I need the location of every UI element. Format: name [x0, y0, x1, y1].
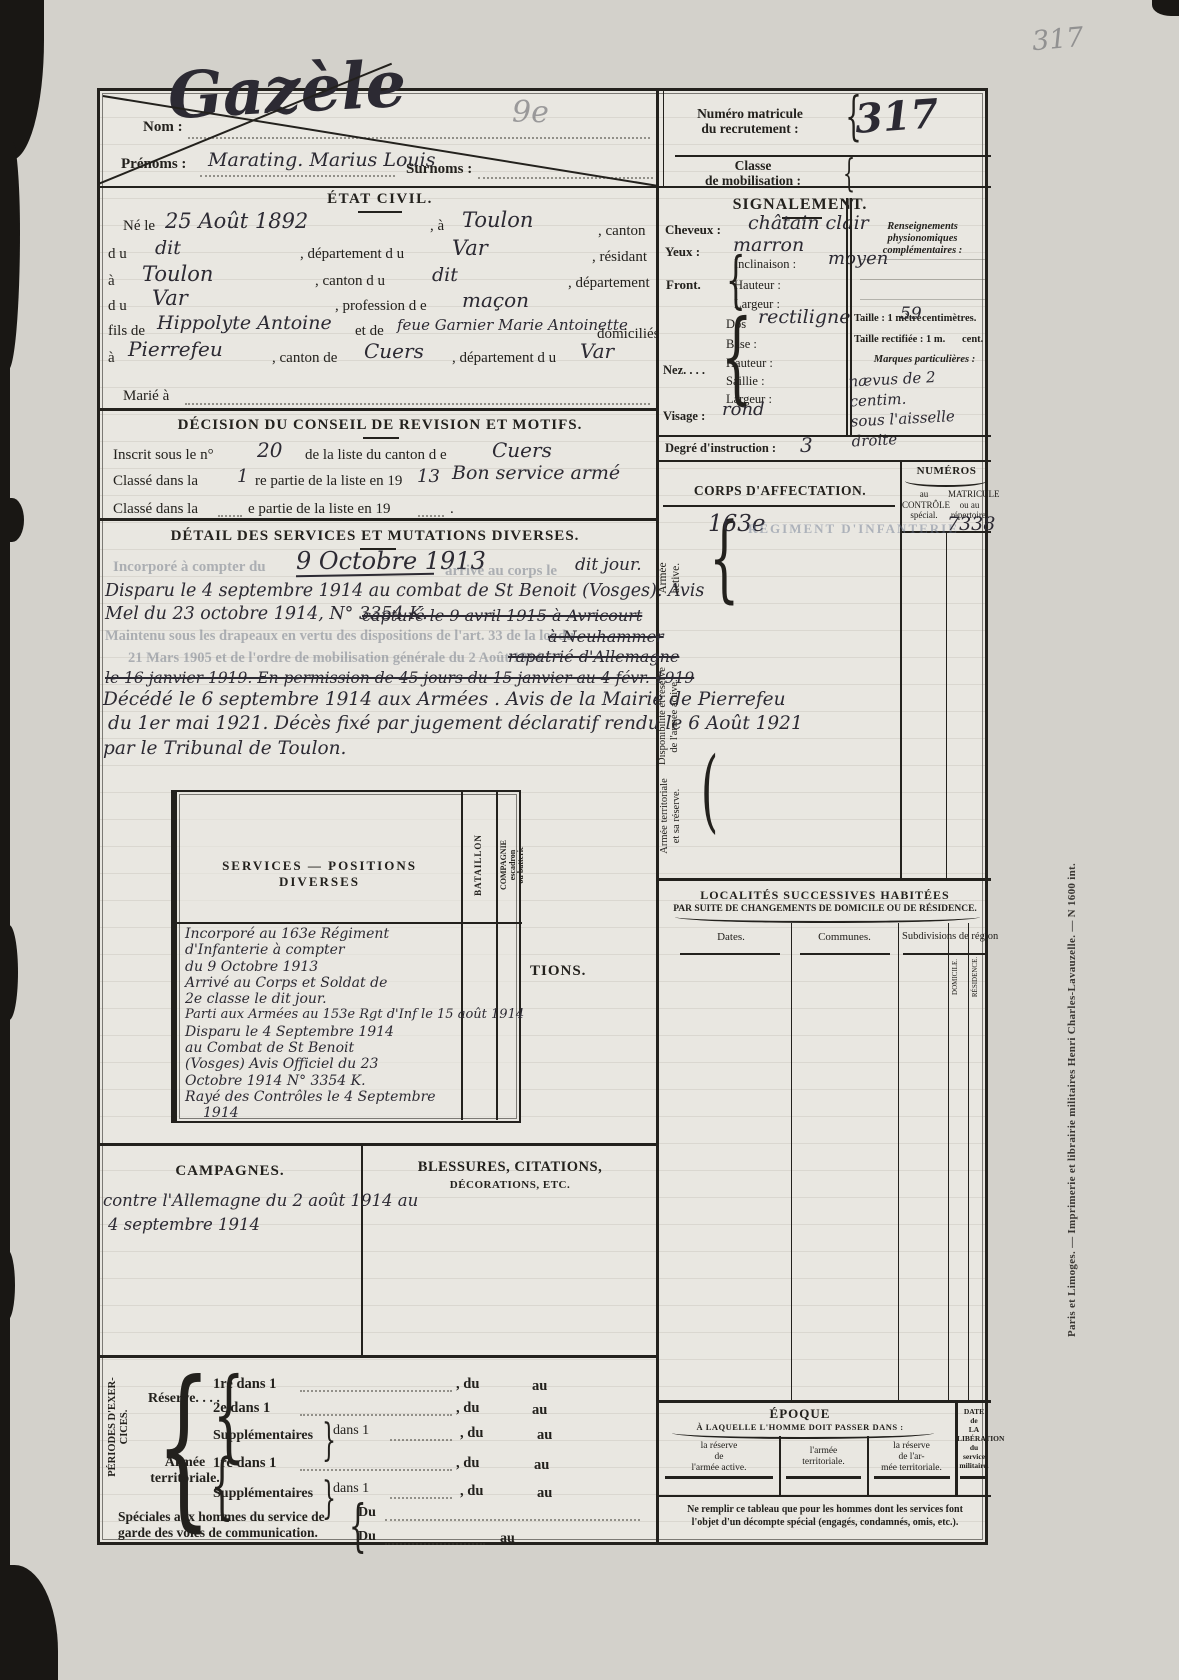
marie-a-label: Marié à	[123, 388, 169, 405]
nez-dos-label: Dos	[726, 317, 746, 332]
matricule-form: Nom : Gazèle 9e Prénoms : Marating. Mari…	[97, 88, 988, 1545]
profession-value: maçon	[462, 288, 529, 312]
services-box-title: SERVICES — POSITIONS DIVERSES	[182, 858, 457, 890]
printer-imprint: Paris et Limoges. — Imprimerie et librai…	[1066, 810, 1086, 1390]
territoriale-side-label: Armée territoriale et sa réserve.	[659, 751, 685, 881]
divider	[675, 155, 991, 157]
title-underline	[358, 211, 402, 213]
header-underline	[665, 1476, 773, 1479]
canton3-value: Cuers	[364, 339, 424, 363]
mobilisation-printed-label: 21 Mars 1905 et de l'ordre de mobilisati…	[128, 650, 549, 667]
inclinaison-label: Inclinaison :	[734, 257, 796, 272]
departement3-value: Var	[580, 339, 614, 363]
a-label: , à	[430, 218, 444, 235]
residant-label: , résidant	[592, 249, 647, 266]
ne-le-label: Né le	[123, 218, 155, 235]
service-entry: Parti aux Armées au 153e Rgt d'Inf le 15…	[185, 1007, 525, 1023]
classe1-mention-value: Bon service armé	[452, 462, 620, 484]
marques-label: Marques particulières :	[862, 354, 987, 365]
blank-line	[188, 137, 650, 139]
reserve-active-column-label: la réserve de l'armée active.	[660, 1441, 778, 1474]
du-cap-label: Du	[358, 1529, 376, 1545]
canton-de-label: , canton de	[272, 350, 337, 367]
localites-title: LOCALITÉS SUCCESSIVES HABITÉES	[665, 888, 985, 903]
blank-line	[300, 1390, 452, 1392]
parents-domicile-value: Pierrefeu	[128, 337, 223, 361]
blank-line	[418, 515, 444, 517]
numeros-brace-curve	[905, 475, 987, 487]
section-divider	[100, 1143, 658, 1146]
header-underline	[177, 922, 522, 924]
birth-date-value: 25 Août 1892	[165, 209, 308, 233]
service-entry: Octobre 1914 N° 3354 K.	[185, 1073, 525, 1089]
period-mark: .	[450, 501, 454, 518]
blank-line	[300, 1469, 452, 1471]
nez-base-label: Base :	[726, 337, 757, 352]
section-divider	[658, 1400, 991, 1403]
bataillon-column-label: BATAILLON	[473, 810, 485, 920]
epoque-brace-curve	[672, 1427, 934, 1439]
residence-column-label: RÉSIDENCE.	[971, 948, 983, 1006]
front-hauteur-label: Hauteur :	[734, 278, 781, 293]
territoriale-column-label: l'armée territoriale.	[781, 1446, 866, 1468]
matricule-corps-value: 7338	[947, 513, 995, 535]
birth-place-value: Toulon	[462, 208, 533, 232]
nez-hauteur-label: Hauteur :	[726, 356, 773, 371]
classe1-annee-value: 13	[417, 466, 440, 487]
blank-line	[200, 175, 395, 177]
reserve-territoriale-column-label: la réserve de l'ar- mée territoriale.	[869, 1441, 954, 1474]
service-entry: Arrivé au Corps et Soldat de	[185, 975, 525, 991]
column-divider	[968, 923, 969, 1400]
section-divider	[100, 518, 658, 521]
deces-line2: du 1er mai 1921. Décès fixé par jugement…	[108, 713, 803, 734]
du-label: , du	[456, 1400, 479, 1417]
divider	[663, 91, 664, 186]
mother-value: feue Garnier Marie Antoinette	[397, 316, 628, 334]
armee-active-side-label: Armée active.	[657, 523, 687, 633]
front-label: Front.	[666, 277, 701, 293]
visage-label: Visage :	[663, 409, 705, 424]
service-entry: Disparu le 4 Septembre 1914	[185, 1024, 525, 1040]
cheveux-label: Cheveux :	[665, 222, 721, 238]
nez-dos-value: rectiligne	[758, 306, 850, 328]
reserve-label: Réserve. . . .	[148, 1391, 220, 1407]
liste-canton-label: de la liste du canton d e	[305, 447, 447, 464]
struck-entry: rapatrié d'Allemagne	[508, 647, 679, 666]
header-underline	[903, 953, 988, 955]
scanned-register-page: 317 Paris et Limoges. — Imprimerie et li…	[0, 0, 1179, 1680]
classe2-suite-label: e partie de la liste en 19	[248, 501, 390, 518]
inscrit-label: Inscrit sous le n°	[113, 447, 214, 464]
du-cap-label: Du	[358, 1505, 376, 1521]
classe-mobilisation-label: Classe de mobilisation :	[683, 158, 823, 188]
service-entry: 2e classe le dit jour.	[185, 991, 525, 1007]
blank-line	[860, 299, 985, 300]
et-de-label: et de	[355, 323, 384, 340]
canton-value: dit	[432, 264, 458, 286]
etat-civil-title: ÉTAT CIVIL.	[240, 191, 520, 208]
header-underline	[960, 1476, 988, 1479]
blank-line	[185, 403, 650, 405]
row-1re-label: 1re dans 1	[213, 1455, 276, 1472]
binding-blob	[0, 498, 24, 542]
corner-mark	[1152, 0, 1179, 16]
visage-value: rond	[722, 399, 765, 420]
divider	[658, 460, 991, 462]
campagne-value-line1: contre l'Allemagne du 2 août 1914 au	[103, 1191, 418, 1210]
struck-entry: à Neuhammer	[548, 627, 664, 646]
blank-line	[390, 1497, 452, 1499]
printed-fragment: TIONS.	[530, 963, 586, 980]
departement-label: , département	[568, 275, 650, 292]
communes-column-label: Communes.	[791, 931, 898, 943]
divider	[658, 1495, 991, 1497]
column-divider	[948, 923, 949, 1400]
struck-entry: capturé le 9 avril 1915 à Avricourt	[362, 606, 642, 625]
blank-line	[390, 1439, 452, 1441]
controle-special-label: au CONTRÔLE spécial.	[902, 489, 946, 521]
speciales-label: Spéciales aux hommes du service de garde…	[118, 1509, 325, 1540]
a-label: à	[108, 273, 115, 290]
service-entry: Incorporé au 163e Régiment	[185, 926, 525, 942]
blessures-title-line1: BLESSURES, CITATIONS,	[390, 1159, 630, 1176]
du-label: d u	[108, 298, 127, 315]
a-label: à	[108, 350, 115, 367]
service-entry: 1914	[185, 1105, 525, 1121]
matricule-number-label: Numéro matricule du recrutement :	[675, 106, 825, 136]
du-label: d u	[108, 246, 127, 263]
blank-line	[860, 259, 985, 260]
brace: {	[156, 1359, 212, 1534]
au-label: au	[532, 1402, 547, 1419]
yeux-label: Yeux :	[665, 244, 700, 260]
degre-instruction-label: Degré d'instruction :	[665, 441, 776, 456]
details-title: DÉTAIL DES SERVICES ET MUTATIONS DIVERSE…	[130, 528, 620, 545]
column-divider	[361, 1143, 363, 1355]
nez-label: Nez. . . .	[663, 363, 705, 378]
classe2-label: Classé dans la	[113, 501, 198, 518]
departement-value: Var	[452, 236, 488, 260]
pencil-folio-number: 317	[1031, 22, 1085, 57]
classe1-number-value: 1	[237, 466, 248, 487]
divider	[658, 435, 991, 437]
blank-line	[218, 515, 242, 517]
marques-value: nævus de 2 centim. sous l'aisselle droit…	[848, 365, 987, 452]
departement2-value: Var	[152, 286, 188, 310]
renseignements-label: Renseignements physionomiques complément…	[855, 221, 990, 257]
taille-value: 59	[900, 304, 922, 324]
blank-line	[385, 1519, 640, 1521]
blank-line	[478, 177, 653, 179]
sub-divider	[846, 198, 848, 435]
corps-affectation-header: CORPS D'AFFECTATION.	[680, 483, 880, 499]
binding-blob	[0, 1250, 15, 1320]
binding-blob	[0, 140, 20, 370]
du-label: , du	[460, 1425, 483, 1442]
section-divider	[658, 878, 991, 881]
degre-instruction-value: 3	[800, 433, 813, 457]
maintenu-printed-label: Maintenu sous les drapeaux en vertu des …	[105, 628, 574, 645]
row-2e-label: 2e dans 1	[213, 1400, 270, 1417]
service-entry: (Vosges) Avis Officiel du 23	[185, 1056, 525, 1072]
du-label: , du	[460, 1483, 483, 1500]
compagnie-column-label: COMPAGNIE escadron ou batterie	[500, 810, 526, 920]
services-entries: Incorporé au 163e Régiment d'Infanterie …	[185, 926, 525, 1122]
brace: (	[701, 746, 719, 836]
au-label: au	[537, 1427, 552, 1444]
du-label: , du	[456, 1455, 479, 1472]
header-underline	[800, 953, 890, 955]
subdivisions-column-label: Subdivisions de région	[902, 931, 998, 942]
liste-canton-value: Cuers	[492, 438, 552, 462]
surnoms-label: Surnoms :	[406, 161, 472, 178]
father-value: Hippolyte Antoine	[157, 312, 332, 334]
nom-value: Gazèle	[166, 47, 408, 134]
canton-du-label: , canton d u	[315, 273, 385, 290]
supplementaires-label: Supplémentaires	[213, 1486, 313, 1502]
deces-line1: Décédé le 6 septembre 1914 aux Armées . …	[103, 689, 786, 710]
services-positions-box: SERVICES — POSITIONS DIVERSES BATAILLON …	[171, 790, 521, 1123]
service-entry: au Combat de St Benoit	[185, 1040, 525, 1056]
departement-label: , département d u	[300, 246, 404, 263]
title-underline	[363, 437, 399, 439]
binding-blob	[0, 0, 44, 160]
du-label: , du	[456, 1376, 479, 1393]
domicile-column-label: DOMICILE.	[951, 948, 963, 1006]
header-underline	[786, 1476, 861, 1479]
binding-blob	[0, 1565, 58, 1680]
canton-label: , canton	[598, 223, 645, 240]
departement-du-label: , département d u	[452, 350, 556, 367]
binding-blob	[0, 925, 18, 1020]
profession-label: , profession d e	[335, 298, 427, 315]
dit-jour-value: dit jour.	[575, 555, 642, 575]
arrive-printed-label: arrivé au corps le	[445, 563, 557, 580]
prenoms-value: Marating. Marius Louis	[208, 149, 435, 171]
header-underline	[680, 953, 780, 955]
header-underline	[874, 1476, 950, 1479]
matricule-number-value: 317	[853, 90, 940, 143]
date-liberation-column-label: DATE de LA LIBÉRATION du service militai…	[957, 1407, 991, 1470]
dates-column-label: Dates.	[671, 931, 791, 943]
canton-dit-value: dit	[155, 237, 181, 259]
services-note-line1: Disparu le 4 septembre 1914 au combat de…	[105, 581, 704, 601]
deces-line3: par le Tribunal de Toulon.	[103, 738, 346, 759]
residence-value: Toulon	[142, 262, 213, 286]
column-divider	[791, 923, 792, 1400]
au-label: au	[500, 1531, 515, 1547]
inscrit-number-value: 20	[257, 438, 282, 462]
taille-unit-label: centimètres.	[922, 313, 976, 324]
au-label: au	[534, 1457, 549, 1474]
au-label: au	[532, 1378, 547, 1395]
service-entry: Rayé des Contrôles le 4 Septembre	[185, 1089, 525, 1105]
classe1-label: Classé dans la	[113, 473, 198, 490]
localites-brace-curve	[675, 911, 980, 923]
taille-rectifiee-unit: cent.	[962, 334, 983, 345]
taille-rectifiee-label: Taille rectifiée : 1 m.	[854, 334, 945, 345]
nez-saillie-label: Saillie :	[726, 374, 765, 389]
header-underline	[663, 505, 895, 507]
blessures-title-line2: DÉCORATIONS, ETC.	[390, 1179, 630, 1191]
decompte-note: Ne remplir ce tableau que pour les homme…	[660, 1503, 990, 1529]
regiment-stamp: RÉGIMENT D'INFANTERIE	[748, 521, 959, 537]
service-entry: d'Infanterie à compter	[185, 942, 525, 958]
blank-line	[860, 279, 985, 280]
service-entry: du 9 Octobre 1913	[185, 959, 525, 975]
classe1-suite-label: re partie de la liste en 19	[255, 473, 402, 490]
dans-1-label: dans 1	[333, 1423, 369, 1439]
row-1re-label: 1re dans 1	[213, 1376, 276, 1393]
struck-entry: le 16 janvier 1919. En permission de 45 …	[105, 669, 694, 687]
campagne-value-line2: 4 septembre 1914	[108, 1215, 260, 1234]
column-divider	[898, 923, 899, 1400]
section-divider	[100, 408, 658, 411]
epoque-title: ÉPOQUE	[670, 1406, 930, 1422]
divider	[100, 186, 991, 188]
column-divider	[946, 531, 947, 878]
incorpore-printed-label: Incorporé à compter du	[113, 559, 266, 576]
blank-line	[385, 1543, 485, 1545]
au-label: au	[537, 1485, 552, 1502]
pencil-class-mark: 9e	[512, 95, 549, 130]
decision-title: DÉCISION DU CONSEIL DE REVISION ET MOTIF…	[140, 417, 620, 434]
campagnes-title: CAMPAGNES.	[130, 1163, 330, 1180]
supplementaires-label: Supplémentaires	[213, 1428, 313, 1444]
